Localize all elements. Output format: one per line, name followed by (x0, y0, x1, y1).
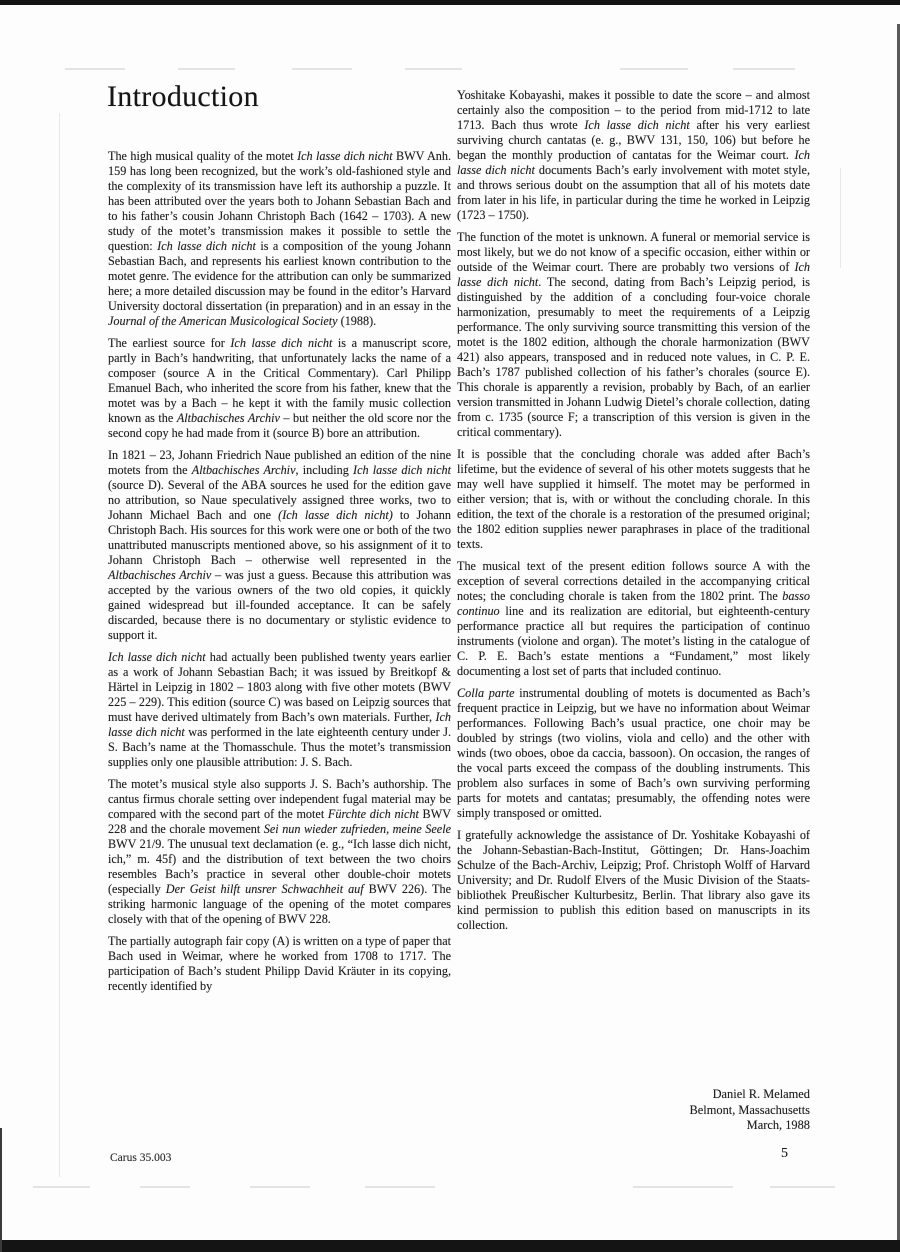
body-text: (1988). (338, 314, 377, 328)
paragraph: The earliest source for Ich lasse dich n… (108, 336, 451, 441)
page-number: 5 (760, 1146, 788, 1162)
paragraph: The musical text of the present edition … (457, 559, 810, 679)
paragraph: In 1821 – 23, Johann Friedrich Naue publ… (108, 448, 451, 643)
scan-artifact-line (405, 68, 462, 70)
scan-artifact-line (770, 1186, 835, 1188)
scan-artifact-line (733, 68, 795, 70)
scan-artifact-line (65, 68, 125, 70)
scanned-page: Introduction The high musical quality of… (0, 0, 900, 1252)
body-text: instrumental doubling of motets is docum… (457, 686, 810, 820)
scan-artifact-line (140, 1186, 190, 1188)
paragraph: The high musical quality of the motet Ic… (108, 149, 451, 329)
signature-place: Belmont, Massachusetts (500, 1103, 810, 1119)
scan-artifact-line (178, 68, 235, 70)
italic-text: Ich lasse dich nicht (297, 149, 393, 163)
scan-artifact-line (292, 68, 352, 70)
paragraph: The function of the motet is unknown. A … (457, 230, 810, 440)
italic-text: Ich lasse dich nicht (108, 650, 206, 664)
paragraph: The partially autograph fair copy (A) is… (108, 934, 451, 994)
italic-text: Altbachisches Archiv (192, 463, 296, 477)
scan-edge-bottom-bar (0, 1240, 900, 1252)
body-text: The partially autograph fair copy (A) is… (108, 934, 451, 993)
body-text: The earliest source for (108, 336, 230, 350)
scan-artifact-vline (840, 168, 841, 268)
scan-artifact-line (633, 1186, 733, 1188)
scan-artifact-line (250, 1186, 310, 1188)
italic-text: Sei nun wieder zufrieden, meine Seele (264, 822, 451, 836)
italic-text: Ich lasse dich nicht (584, 118, 689, 132)
scan-artifact-line (33, 1186, 90, 1188)
paragraph: Colla parte instrumental doubling of mot… (457, 686, 810, 821)
italic-text: Der Geist hilft unsrer Schwachheit auf (166, 882, 364, 896)
scan-artifact-line (365, 1186, 435, 1188)
scan-edge-left (0, 1128, 2, 1252)
left-column: The high musical quality of the motet Ic… (108, 149, 451, 1001)
paragraph: I gratefully acknowledge the assistance … (457, 828, 810, 933)
right-column: Yoshitake Kobayashi, makes it possible t… (457, 88, 810, 940)
signature-block: Daniel R. Melamed Belmont, Massachusetts… (500, 1087, 810, 1134)
italic-text: (Ich lasse dich nicht) (278, 508, 393, 522)
scan-edge-top-bar (0, 0, 900, 5)
italic-text: Journal of the American Musicological So… (108, 314, 338, 328)
body-text: I gratefully acknowledge the assistance … (457, 828, 810, 932)
scan-artifact-vline (59, 113, 60, 1177)
paragraph: The motet’s musical style also supports … (108, 777, 451, 927)
catalog-number: Carus 35.003 (110, 1152, 171, 1164)
italic-text: Ich lasse dich nicht (353, 463, 451, 477)
signature-name: Daniel R. Melamed (500, 1087, 810, 1103)
body-text: line and its realization are editorial, … (457, 604, 810, 678)
paragraph: Ich lasse dich nicht had actually been p… (108, 650, 451, 770)
body-text: . The second, dating from Bach’s Leipzig… (457, 275, 810, 439)
body-text: The function of the motet is unknown. A … (457, 230, 810, 274)
body-text: It is possible that the concluding chora… (457, 447, 810, 551)
signature-date: March, 1988 (500, 1118, 810, 1134)
italic-text: Altbachisches Archiv (177, 411, 280, 425)
body-text: The high musical quality of the motet (108, 149, 297, 163)
paragraph: It is possible that the concluding chora… (457, 447, 810, 552)
italic-text: Ich lasse dich nicht (230, 336, 332, 350)
page-title: Introduction (107, 82, 259, 112)
italic-text: Altbachisches Archiv (108, 568, 211, 582)
body-text: , including (295, 463, 353, 477)
body-text: The musical text of the present edition … (457, 559, 810, 603)
paragraph: Yoshitake Kobayashi, makes it possible t… (457, 88, 810, 223)
italic-text: Colla parte (457, 686, 515, 700)
body-text: BWV Anh. 159 has long been recognized, b… (108, 149, 451, 253)
italic-text: Fürchte dich nicht (328, 807, 419, 821)
scan-artifact-line (620, 68, 688, 70)
italic-text: Ich lasse dich nicht (157, 239, 256, 253)
